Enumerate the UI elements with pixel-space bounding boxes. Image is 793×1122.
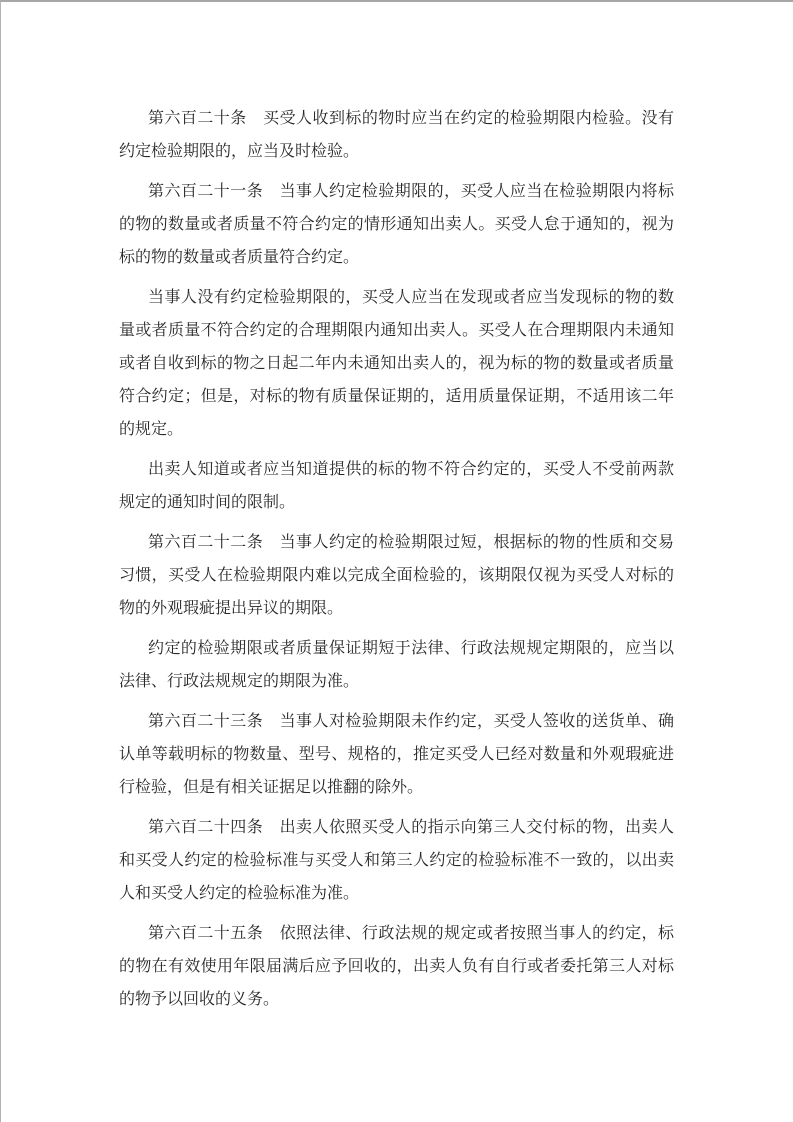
paragraph-article-625: 第六百二十五条 依照法律、行政法规的规定或者按照当事人的约定，标的物在有效使用年… xyxy=(119,917,674,1016)
paragraph-article-623: 第六百二十三条 当事人对检验期限未作约定，买受人签收的送货单、确认单等载明标的物… xyxy=(119,705,674,804)
paragraph-article-624: 第六百二十四条 出卖人依照买受人的指示向第三人交付标的物，出卖人和买受人约定的检… xyxy=(119,811,674,910)
paragraph-article-621-2: 当事人没有约定检验期限的，买受人应当在发现或者应当发现标的物的数量或者质量不符合… xyxy=(119,281,674,446)
paragraph-article-622-1: 第六百二十二条 当事人约定的检验期限过短，根据标的物的性质和交易习惯，买受人在检… xyxy=(119,526,674,625)
paragraph-article-621-3: 出卖人知道或者应当知道提供的标的物不符合约定的，买受人不受前两款规定的通知时间的… xyxy=(119,453,674,519)
paragraph-article-621-1: 第六百二十一条 当事人约定检验期限的，买受人应当在检验期限内将标的物的数量或者质… xyxy=(119,175,674,274)
paragraph-article-620: 第六百二十条 买受人收到标的物时应当在约定的检验期限内检验。没有约定检验期限的，… xyxy=(119,102,674,168)
document-text-block: 第六百二十条 买受人收到标的物时应当在约定的检验期限内检验。没有约定检验期限的，… xyxy=(1,2,793,1016)
document-page: 第六百二十条 买受人收到标的物时应当在约定的检验期限内检验。没有约定检验期限的，… xyxy=(0,0,793,1122)
paragraph-article-622-2: 约定的检验期限或者质量保证期短于法律、行政法规规定期限的，应当以法律、行政法规规… xyxy=(119,632,674,698)
